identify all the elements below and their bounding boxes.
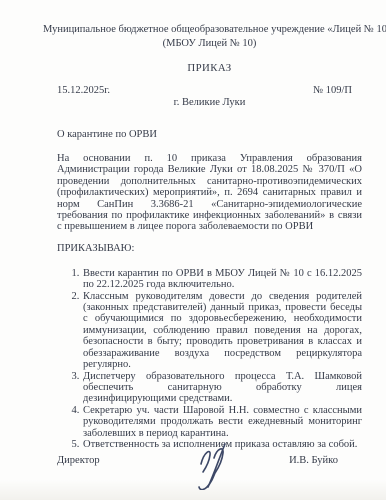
signer-title: Директор: [57, 455, 100, 467]
order-item-5: Ответственность за исполнением приказа о…: [82, 439, 362, 450]
order-item-1: Ввести карантин по ОРВИ в МБОУ Лицей № 1…: [82, 268, 362, 291]
scanned-order-document: Муниципальное бюджетное общеобразователь…: [0, 0, 386, 500]
order-keyword: ПРИКАЗЫВАЮ:: [57, 243, 362, 255]
document-date: 15.12.2025г.: [57, 85, 110, 97]
document-type-title: ПРИКАЗ: [57, 62, 362, 75]
signature-block: Директор И.В. Буйко: [57, 455, 362, 467]
document-subject: О карантине по ОРВИ: [57, 129, 362, 141]
order-item-3: Диспетчеру образовательного процесса Т.А…: [82, 371, 362, 405]
order-items-list: Ввести карантин по ОРВИ в МБОУ Лицей № 1…: [57, 268, 362, 451]
organization-name: Муниципальное бюджетное общеобразователь…: [43, 23, 376, 37]
date-number-row: 15.12.2025г. № 109/П: [57, 85, 362, 97]
order-item-4: Секретарю уч. части Шаровой Н.Н. совмест…: [82, 405, 362, 439]
document-city: г. Великие Луки: [57, 97, 362, 109]
document-number: № 109/П: [313, 85, 352, 97]
signer-name: И.В. Буйко: [289, 455, 338, 467]
order-item-2: Классным руководителям довести до сведен…: [82, 291, 362, 371]
organization-abbreviation: (МБОУ Лицей № 10): [57, 37, 362, 51]
preamble-paragraph: На основании п. 10 приказа Управления об…: [57, 153, 362, 233]
